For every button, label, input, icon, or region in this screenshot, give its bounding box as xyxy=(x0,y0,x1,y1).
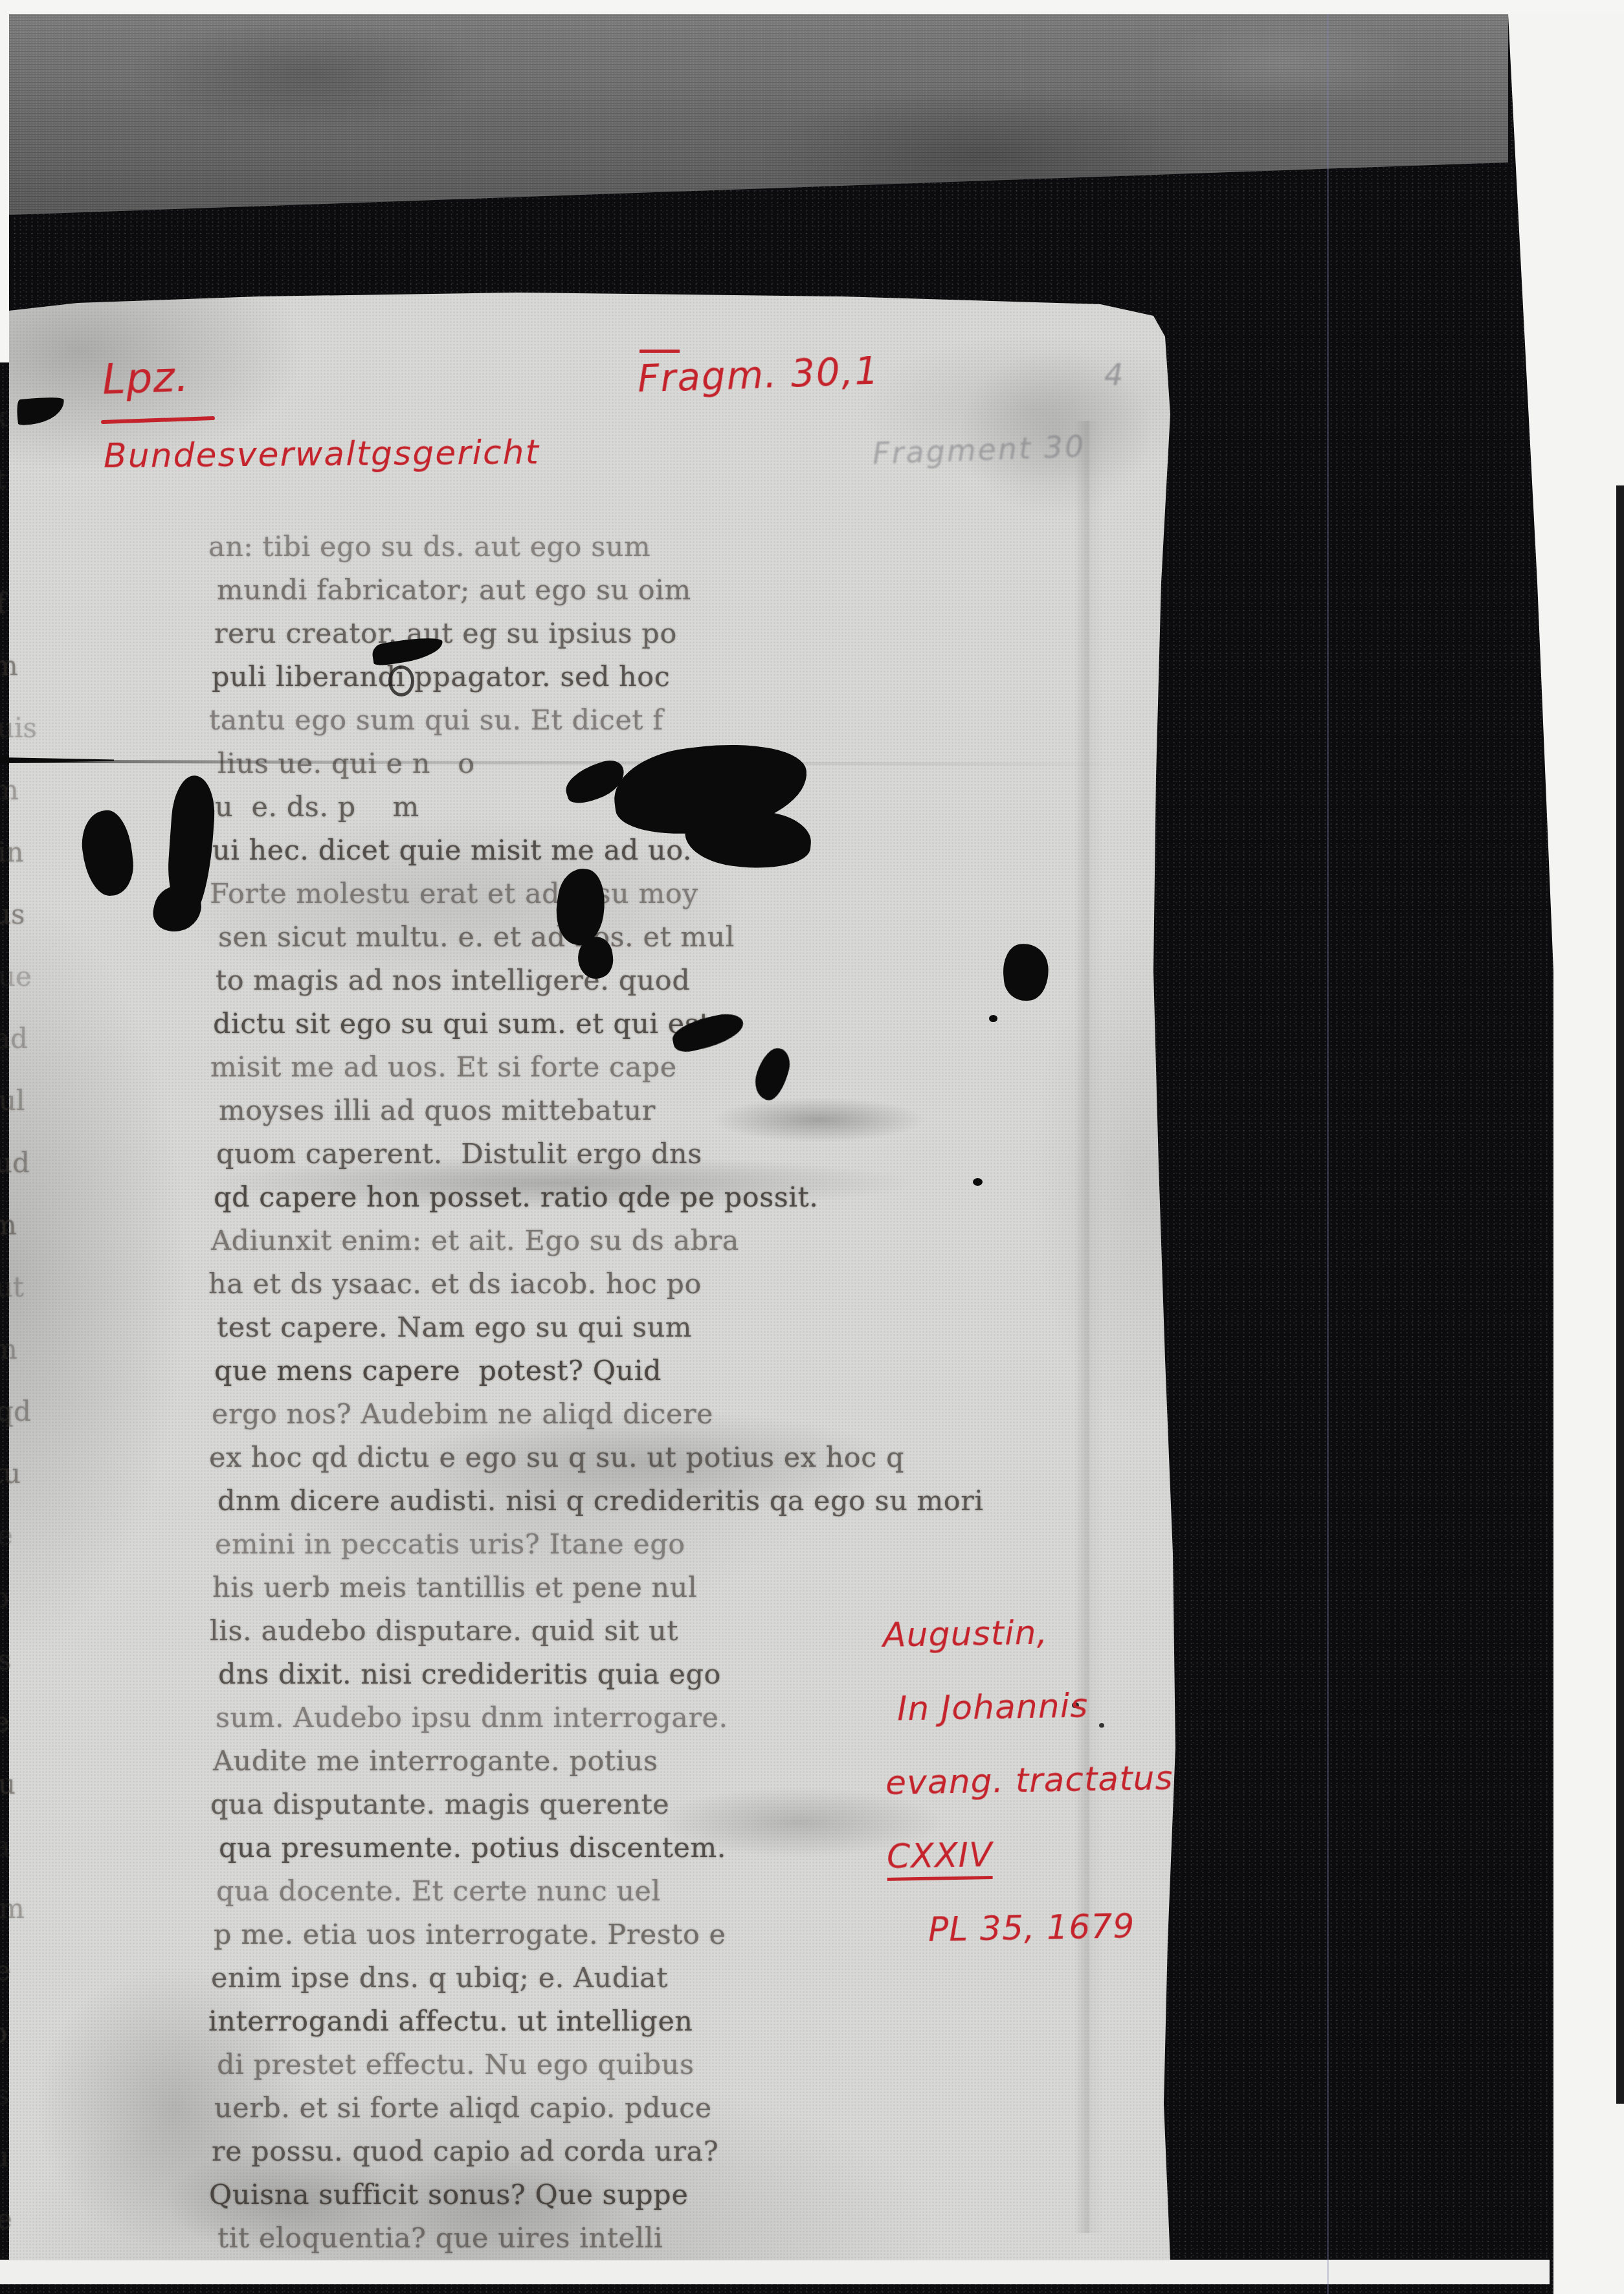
manuscript-text-line: quom caperent. Distulit ergo dns xyxy=(216,1133,913,1176)
owner-annotation: Bundesverwaltgsgericht xyxy=(104,433,540,476)
manuscript-text-line: moyses illi ad quos mittebatur xyxy=(219,1089,913,1133)
manuscript-text-line: lius ue. qui e n o xyxy=(217,742,913,786)
manuscript-text-line: lis. audebo disputare. quid sit ut xyxy=(210,1610,913,1653)
attribution-work: In Johannis xyxy=(896,1667,1173,1746)
cut-off-letter-fragment: ud xyxy=(0,1147,50,1209)
manuscript-text-line: qua docente. Et certe nunc uel xyxy=(216,1870,913,1913)
shelfmark-annotation: Lpz. xyxy=(102,353,190,405)
manuscript-text-line: re possu. quod capio ad corda ura? xyxy=(212,2130,913,2174)
manuscript-text-line: qd capere hon posset. ratio qde pe possi… xyxy=(214,1176,913,1219)
manuscript-text-line: ergo nos? Audebim ne aliqd dicere xyxy=(212,1393,913,1436)
manuscript-text-line: misit me ad uos. Et si forte cape xyxy=(210,1046,913,1089)
attribution-chapter: CXXIV xyxy=(886,1815,1175,1894)
cut-off-letter-fragment: ul xyxy=(0,1085,50,1147)
attribution-author: Augustin, xyxy=(882,1594,1172,1673)
manuscript-text-line: reru creator. aut eg su ipsius po xyxy=(214,612,913,656)
cut-off-letter-fragment: f xyxy=(0,588,50,650)
cut-off-letter-fragment: u xyxy=(0,1768,50,1831)
cut-off-letter-fragment: m xyxy=(0,774,50,836)
cut-off-letter-fragment: u xyxy=(0,2141,50,2203)
manuscript-text-line: Quisna sufficit sonus? Que suppe xyxy=(209,2174,913,2217)
cut-off-letter-fragment: o xyxy=(0,1582,50,1644)
scan-bottom-margin xyxy=(0,2260,1550,2284)
manuscript-text-line: to magis ad nos intelligere. quod xyxy=(216,959,913,1003)
manuscript-text-line: tantu ego sum qui su. Et dicet f xyxy=(209,699,913,742)
cut-off-letter-fragment: e xyxy=(0,1706,50,1768)
attribution-pl-reference: PL 35, 1679 xyxy=(928,1889,1177,1967)
fragment-label-overline xyxy=(640,350,680,353)
left-edge-text-fragments: ktIfmuisminusueaduludmutmqdtueoseuameosu… xyxy=(0,401,50,2253)
manuscript-text-line: his uerb meis tantillis et pene nul xyxy=(212,1566,913,1610)
cut-off-letter-fragment: s xyxy=(0,2079,50,2141)
manuscript-text-line: qua presumente. potius discentem. xyxy=(219,1827,913,1870)
manuscript-text-line: interrogandi affectu. ut intelligen xyxy=(208,2000,913,2043)
cut-off-letter-fragment: I xyxy=(0,526,50,588)
cut-off-letter-fragment: e xyxy=(0,2203,50,2253)
cut-off-letter-fragment: tu xyxy=(0,1458,50,1520)
manuscript-text-line: test capere. Nam ego su qui sum xyxy=(217,1306,913,1350)
manuscript-text-line: emini in peccatis uris? Itane ego xyxy=(215,1523,913,1566)
cut-off-letter-fragment: in xyxy=(0,836,50,898)
cut-off-letter-fragment: o xyxy=(0,2017,50,2079)
cut-off-letter-fragment: m xyxy=(0,650,50,712)
manuscript-text-line: dns dixit. nisi credideritis quia ego xyxy=(218,1653,913,1697)
cut-off-letter-fragment: us xyxy=(0,898,50,961)
manuscript-text-line: que mens capere potest? Quid xyxy=(214,1350,913,1393)
wormhole-dot xyxy=(989,1015,997,1022)
manuscript-text-line: tit eloquentia? que uires intelli xyxy=(217,2217,913,2260)
fragment-number-annotation: Fragm. 30,1 xyxy=(637,348,880,401)
manuscript-text-line: qua disputante. magis querente xyxy=(210,1783,913,1827)
attribution-chapter-number: CXXIV xyxy=(886,1836,993,1881)
manuscript-scan-page: ktIfmuisminusueaduludmutmqdtueoseuameosu… xyxy=(0,0,1624,2294)
cut-off-letter-fragment: ad xyxy=(0,1023,50,1085)
scan-top-margin xyxy=(0,0,1624,14)
scan-left-margin xyxy=(0,0,9,362)
cut-off-letter-fragment: qd xyxy=(0,1396,50,1458)
manuscript-text-line: Audite me interrogante. potius xyxy=(213,1740,913,1783)
manuscript-text-line: u e. ds. p m xyxy=(215,786,913,829)
cut-off-letter-fragment: e xyxy=(0,1520,50,1582)
latin-text-block: an: tibi ego su ds. aut ego summundi fab… xyxy=(214,526,913,2260)
cut-off-letter-fragment: uis xyxy=(0,712,50,774)
manuscript-text-line: di prestet effectu. Nu ego quibus xyxy=(217,2043,913,2087)
manuscript-text-line: enim ipse dns. q ubiq; e. Audiat xyxy=(211,1957,913,2000)
attribution-work-2: evang. tractatus xyxy=(885,1741,1174,1820)
cut-off-letter-fragment: m xyxy=(0,1893,50,1955)
cut-off-letter-fragment: s xyxy=(0,1644,50,1706)
cut-off-letter-fragment: e xyxy=(0,1955,50,2017)
cut-off-letter-fragment: m xyxy=(0,1209,50,1271)
manuscript-text-line: dnm dicere audisti. nisi q credideritis … xyxy=(217,1480,913,1523)
cut-off-letter-fragment: ue xyxy=(0,961,50,1023)
scanner-streak-artifact xyxy=(1327,14,1329,2294)
manuscript-text-line: an: tibi ego su ds. aut ego sum xyxy=(208,526,913,569)
manuscript-text-line: uerb. et si forte aliqd capio. pduce xyxy=(214,2087,913,2130)
manuscript-text-line: mundi fabricator; aut ego su oim xyxy=(217,569,913,612)
cut-off-letter-fragment: ut xyxy=(0,1271,50,1333)
cut-off-letter-fragment: m xyxy=(0,1333,50,1396)
manuscript-text-line: p me. etia uos interrogate. Presto e xyxy=(214,1913,913,1957)
wormhole-dot xyxy=(973,1178,983,1186)
manuscript-text-line: dictu sit ego su qui sum. et qui est xyxy=(213,1003,913,1046)
cut-off-letter-fragment: a xyxy=(0,1831,50,1893)
attribution-annotation: Augustin, In Johannis evang. tractatus C… xyxy=(882,1594,1176,1968)
scan-right-edge-line xyxy=(1616,485,1624,2104)
pencil-fragment-note: Fragment 30 xyxy=(872,429,1086,471)
manuscript-text-line: puli liberandi ppagator. sed hoc xyxy=(212,656,913,699)
cut-off-letter-fragment: t xyxy=(0,463,50,526)
manuscript-text-line: ha et ds ysaac. et ds iacob. hoc po xyxy=(208,1263,913,1306)
manuscript-text-line: ex hoc qd dictu e ego su q su. ut potius… xyxy=(209,1436,913,1480)
ink-ring-mark xyxy=(388,665,414,696)
manuscript-text-line: Adiunxit enim: et ait. Ego su ds abra xyxy=(211,1219,913,1263)
pencil-folio-number: 4 xyxy=(1104,357,1123,392)
manuscript-text-line: sum. Audebo ipsu dnm interrogare. xyxy=(216,1697,913,1740)
